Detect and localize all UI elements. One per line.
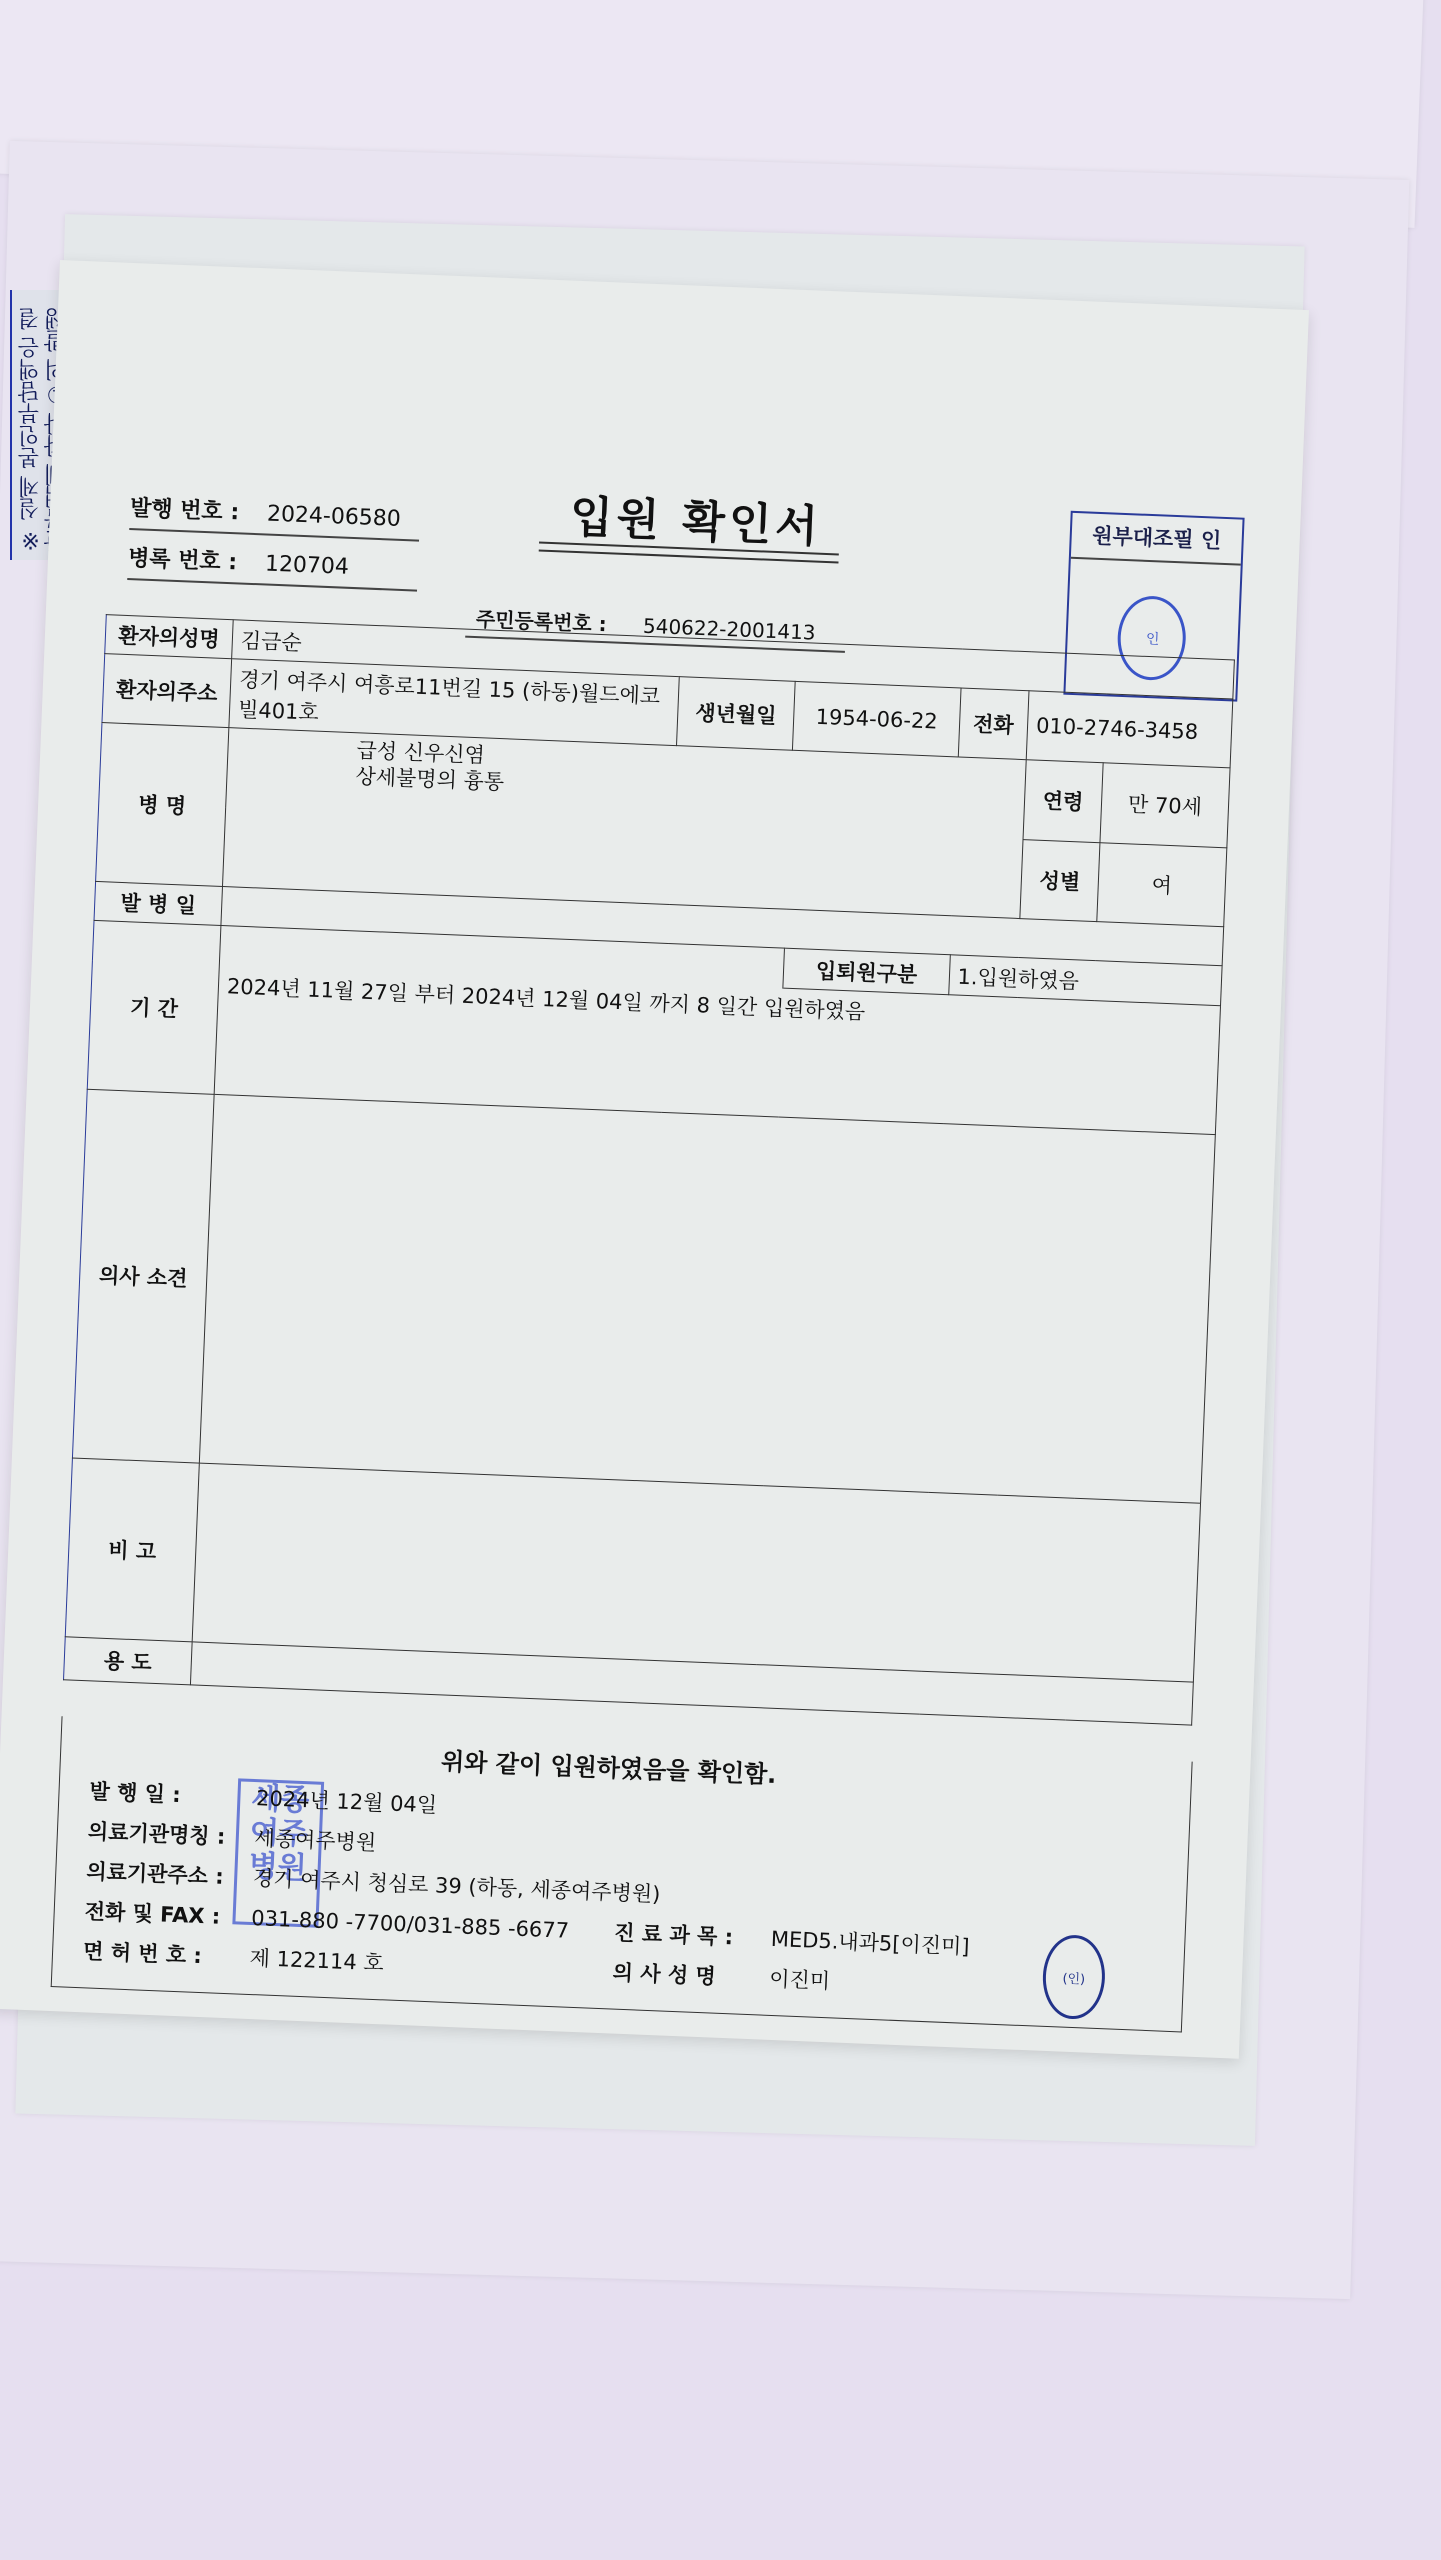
doctor-opinion-value	[199, 1094, 1215, 1503]
doctor-seal-icon: (인)	[1041, 1934, 1106, 2020]
patient-form-table: 환자의성명 김금순 환자의주소 경기 여주시 여흥로11번길 15 (하동)월드…	[63, 614, 1235, 1725]
age-value: 만 70세	[1100, 763, 1230, 848]
sex-label: 성별	[1020, 839, 1100, 922]
purpose-label: 용 도	[64, 1637, 193, 1685]
age-label: 연령	[1023, 760, 1103, 843]
license-number: 면 허 번 호 : 제 122114 호	[83, 1935, 385, 1977]
patient-address-label: 환자의주소	[102, 654, 232, 728]
remarks-label: 비 고	[65, 1458, 199, 1642]
issuer-section: 위와 같이 입원하였음을 확인함. 세종여주병원 발 행 일 : 2024년 1…	[51, 1716, 1193, 2032]
diagnosis-label: 병 명	[96, 723, 229, 887]
ward-number-value: 120704	[264, 551, 349, 579]
diagnosis-value: 급성 신우신염 상세불명의 흉통	[222, 728, 1026, 919]
birth-value: 1954-06-22	[793, 681, 961, 757]
phone-label: 전화	[958, 688, 1029, 760]
admission-type-label: 입퇴원구분	[783, 948, 950, 995]
phone-value: 010-2746-3458	[1026, 691, 1233, 768]
confirmation-statement: 위와 같이 입원하였음을 확인함.	[440, 1742, 777, 1790]
patient-name-label: 환자의성명	[105, 615, 233, 659]
admission-certificate: 입원 확인서 발행 번호 : 2024-06580 병록 번호 : 120704…	[0, 260, 1309, 2059]
department: 진 료 과 목 : MED5.내과5[이진미]	[614, 1917, 970, 1961]
ward-number: 병록 번호 : 120704	[128, 541, 350, 581]
table-row: 의사 소견	[72, 1089, 1215, 1503]
onset-label: 발 병 일	[94, 881, 222, 925]
doctor-opinion-label: 의사 소견	[72, 1089, 214, 1463]
institution-name: 의료기관명칭 : 세종여주병원	[87, 1815, 376, 1857]
issue-number-label: 발행 번호 :	[130, 491, 261, 527]
ward-number-label: 병록 번호 :	[128, 541, 259, 577]
issue-number: 발행 번호 : 2024-06580	[130, 491, 402, 533]
verification-label: 원부대조필 인	[1071, 513, 1243, 566]
sex-value: 여	[1097, 842, 1227, 927]
birth-label: 생년월일	[676, 677, 795, 751]
issue-number-value: 2024-06580	[266, 502, 401, 532]
period-label: 기 간	[87, 920, 221, 1094]
doctor-name: 의 사 성 명 이진미	[612, 1957, 831, 1996]
